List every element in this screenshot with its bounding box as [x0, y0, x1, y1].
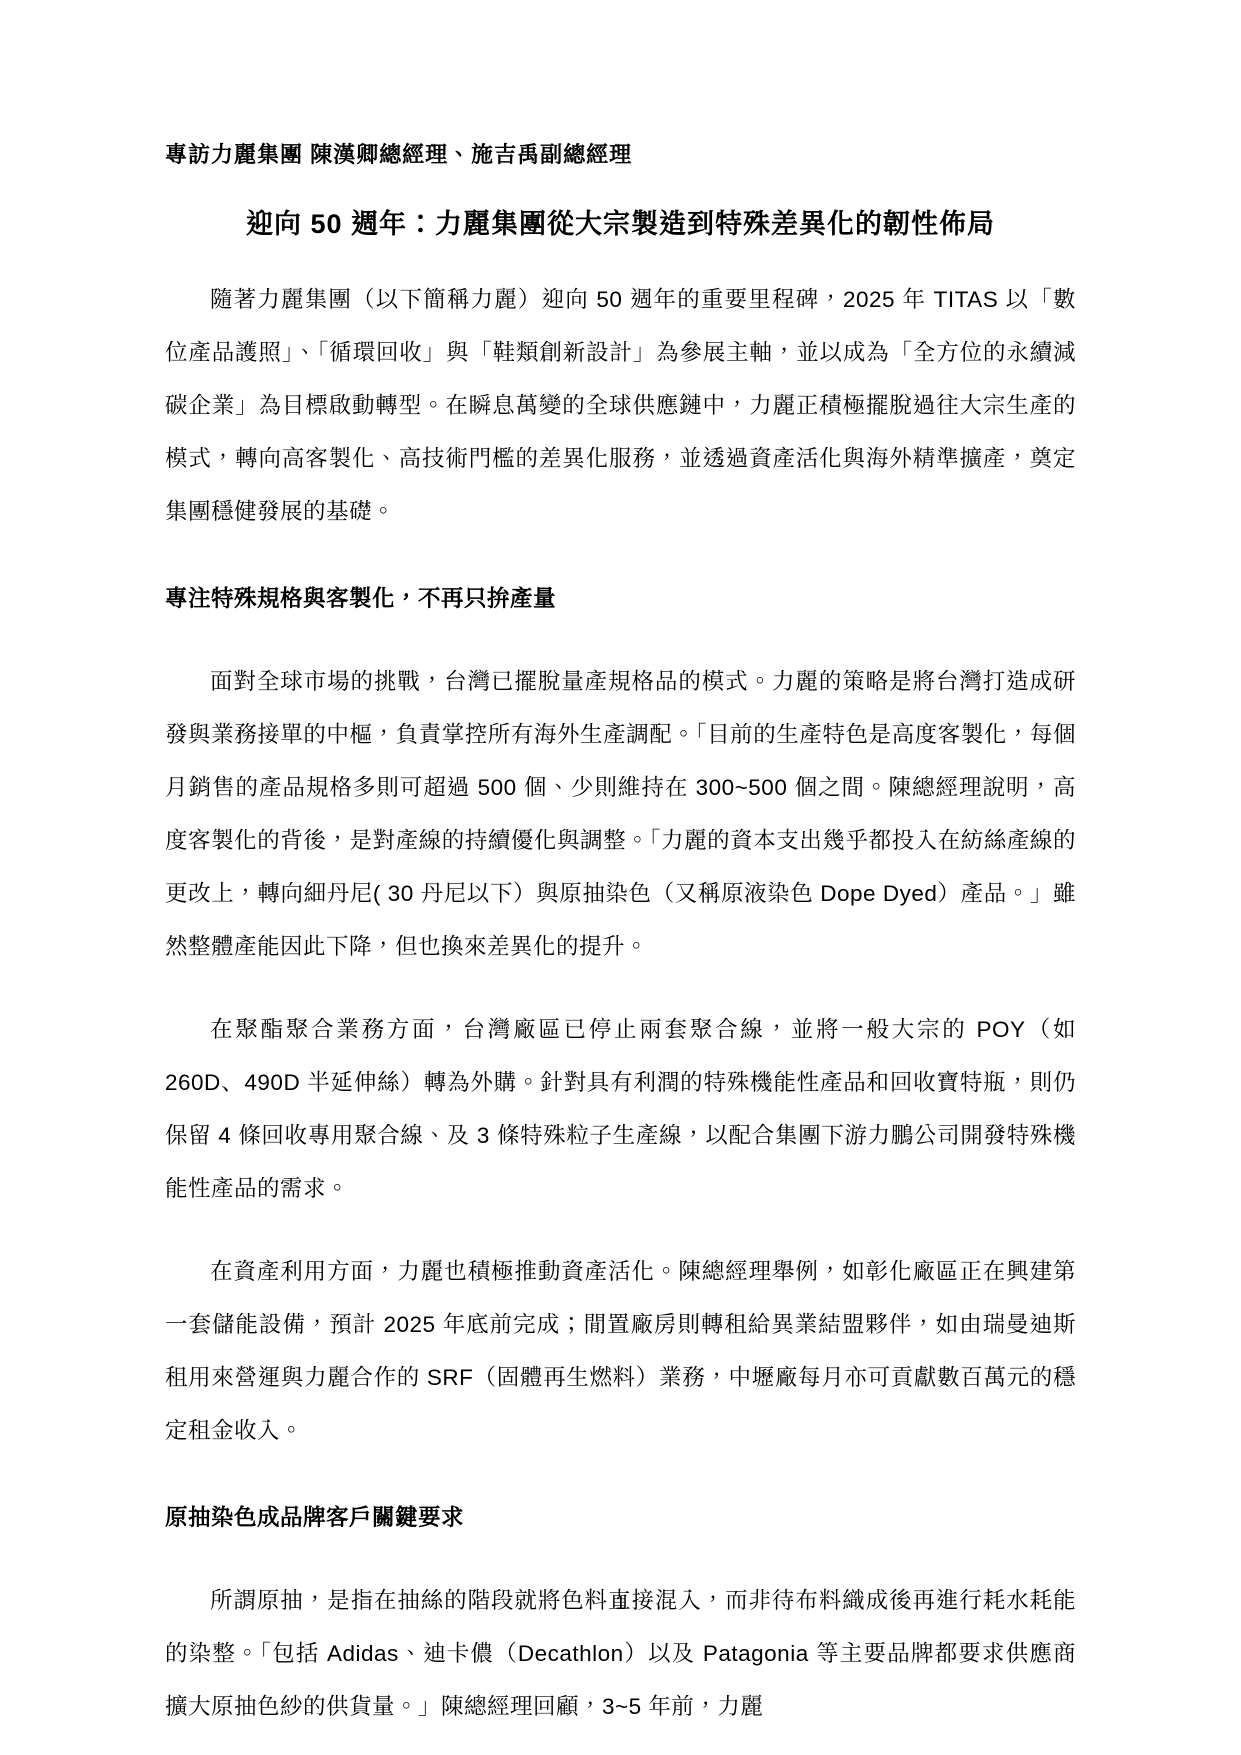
page-number: 1 — [0, 1593, 1241, 1616]
document-page: 專訪力麗集團 陳漢卿總經理、施吉禹副總經理 迎向 50 週年：力麗集團從大宗製造… — [0, 0, 1241, 1755]
article-title: 迎向 50 週年：力麗集團從大宗製造到特殊差異化的韌性佈局 — [165, 206, 1076, 244]
body-paragraph-intro: 隨著力麗集團（以下簡稱力麗）迎向 50 週年的重要里程碑，2025 年 TITA… — [165, 273, 1076, 538]
section-heading-customization: 專注特殊規格與客製化，不再只拚產量 — [165, 572, 1076, 625]
byline: 專訪力麗集團 陳漢卿總經理、施吉禹副總經理 — [165, 140, 1076, 170]
body-paragraph-polyester: 在聚酯聚合業務方面，台灣廠區已停止兩套聚合線，並將一般大宗的 POY（如 260… — [165, 1003, 1076, 1215]
body-paragraph-assets: 在資產利用方面，力麗也積極推動資產活化。陳總經理舉例，如彰化廠區正在興建第一套儲… — [165, 1245, 1076, 1457]
body-paragraph-customization: 面對全球市場的挑戰，台灣已擺脫量產規格品的模式。力麗的策略是將台灣打造成研發與業… — [165, 655, 1076, 973]
section-heading-dope-dyed: 原抽染色成品牌客戶關鍵要求 — [165, 1491, 1076, 1544]
